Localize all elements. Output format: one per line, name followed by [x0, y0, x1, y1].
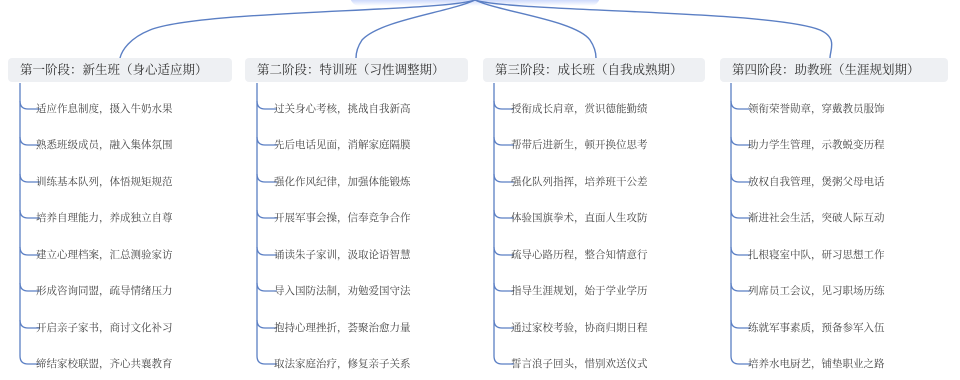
stage-2: 第二阶段：特训班（习性调整期） 过关身心考核，挑战自我新高 先后电话见面，消解家…: [245, 58, 475, 82]
stage-4: 第四阶段：助教班（生涯规划期） 领衔荣誉勋章，穿戴教员服饰 助力学生管理，示教蜕…: [720, 58, 950, 82]
list-item[interactable]: 开启亲子家书，商讨文化补习: [36, 320, 173, 336]
list-item[interactable]: 强化作风纪律，加强体能锻炼: [274, 174, 411, 190]
list-item[interactable]: 缔结家校联盟，齐心共襄教育: [36, 356, 173, 372]
list-item[interactable]: 练就军事素质，预备参军入伍: [748, 320, 885, 336]
list-item[interactable]: 放权自我管理，煲粥父母电话: [748, 174, 885, 190]
stage-1: 第一阶段：新生班（身心适应期） 适应作息制度，摄入牛奶水果 熟悉班级成员，融入集…: [8, 58, 238, 82]
stage-header[interactable]: 第四阶段：助教班（生涯规划期）: [720, 58, 948, 82]
list-item[interactable]: 抱持心理挫折，荟聚治愈力量: [274, 320, 411, 336]
stage-3: 第三阶段：成长班（自我成熟期） 授衔成长肩章，赏识德能勤绩 帮带后进新生，顿开换…: [483, 58, 713, 82]
list-item[interactable]: 开展军事会操，信奉竞争合作: [274, 210, 411, 226]
stage-header[interactable]: 第二阶段：特训班（习性调整期）: [245, 58, 468, 82]
list-item[interactable]: 形成咨询同盟，疏导情绪压力: [36, 283, 173, 299]
stage-header[interactable]: 第一阶段：新生班（身心适应期）: [8, 58, 232, 82]
list-item[interactable]: 先后电话见面，消解家庭隔膜: [274, 137, 411, 153]
list-item[interactable]: 诵读朱子家训，汲取论语智慧: [274, 247, 411, 263]
list-item[interactable]: 培养自理能力，养成独立自尊: [36, 210, 173, 226]
list-item[interactable]: 取法家庭治疗，修复亲子关系: [274, 356, 411, 372]
list-item[interactable]: 渐进社会生活，突破人际互动: [748, 210, 885, 226]
list-item[interactable]: 扎根寝室中队，研习思想工作: [748, 247, 885, 263]
list-item[interactable]: 过关身心考核，挑战自我新高: [274, 101, 411, 117]
list-item[interactable]: 列席员工会议，见习职场历练: [748, 283, 885, 299]
list-item[interactable]: 建立心理档案，汇总测验家访: [36, 247, 173, 263]
list-item[interactable]: 训练基本队列，体悟规矩规范: [36, 174, 173, 190]
list-item[interactable]: 适应作息制度，摄入牛奶水果: [36, 101, 173, 117]
stage-header[interactable]: 第三阶段：成长班（自我成熟期）: [483, 58, 705, 82]
list-item[interactable]: 助力学生管理，示教蜕变历程: [748, 137, 885, 153]
list-item[interactable]: 熟悉班级成员，融入集体氛围: [36, 137, 173, 153]
list-item[interactable]: 指导生涯规划，始于学业学历: [511, 283, 648, 299]
list-item[interactable]: 强化队列指挥，培养班干公差: [511, 174, 648, 190]
list-item[interactable]: 帮带后进新生，顿开换位思考: [511, 137, 648, 153]
list-item[interactable]: 疏导心路历程，整合知情意行: [511, 247, 648, 263]
list-item[interactable]: 授衔成长肩章，赏识德能勤绩: [511, 101, 648, 117]
list-item[interactable]: 领衔荣誉勋章，穿戴教员服饰: [748, 101, 885, 117]
list-item[interactable]: 培养水电厨艺，铺垫职业之路: [748, 356, 885, 372]
list-item[interactable]: 体验国旗拳术，直面人生攻防: [511, 210, 648, 226]
list-item[interactable]: 誓言浪子回头，惜别欢送仪式: [511, 356, 648, 372]
list-item[interactable]: 通过家校考验，协商归期日程: [511, 320, 648, 336]
list-item[interactable]: 导入国防法制，劝勉爱国守法: [274, 283, 411, 299]
